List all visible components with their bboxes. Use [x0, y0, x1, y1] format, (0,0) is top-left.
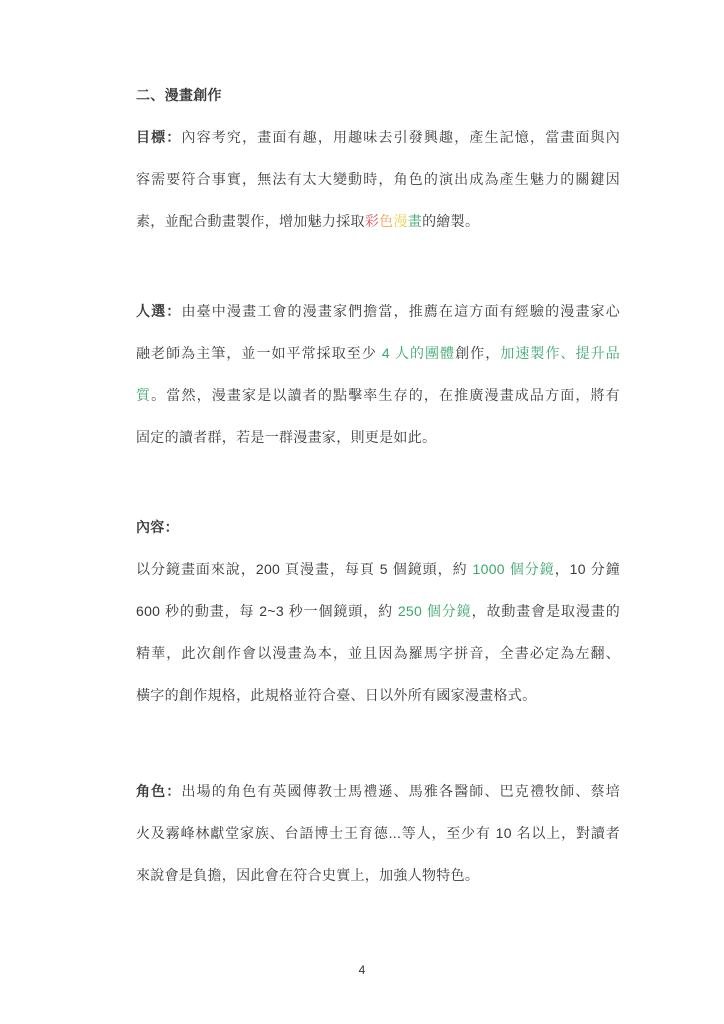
highlighted-text: 1000 個分鏡 [473, 561, 555, 577]
paragraph-goal: 目標：內容考究，畫面有趣，用趣味去引發興趣，產生記憶，當畫面與內容需要符合事實，… [136, 116, 620, 242]
body-text: 600 秒的動畫，每 2~3 秒一個鏡頭，約 [136, 603, 398, 619]
body-text: ，10 分鐘 [555, 561, 620, 577]
text-line: 二、漫畫創作 [136, 74, 620, 116]
body-text: 來說會是負擔，因此會在符合史實上，加強人物特色。 [136, 867, 479, 883]
section-label: 目標： [136, 129, 181, 145]
body-text: 出場的角色有英國傳教士馬禮遜、馬雅各醫師、巴克禮牧師、蔡培 [181, 783, 620, 799]
paragraph-characters: 角色：出場的角色有英國傳教士馬禮遜、馬雅各醫師、巴克禮牧師、蔡培火及霧峰林獻堂家… [136, 770, 620, 896]
paragraph-heading: 二、漫畫創作 [136, 74, 620, 116]
document-content: 二、漫畫創作目標：內容考究，畫面有趣，用趣味去引發興趣，產生記憶，當畫面與內容需… [136, 74, 620, 896]
body-text: 以分鏡畫面來說，200 頁漫畫，每頁 5 個鏡頭，約 [136, 561, 473, 577]
highlighted-text: 彩 [365, 213, 379, 229]
text-line: 角色：出場的角色有英國傳教士馬禮遜、馬雅各醫師、巴克禮牧師、蔡培 [136, 770, 620, 812]
text-line: 內容： [136, 506, 620, 548]
text-line: 目標：內容考究，畫面有趣，用趣味去引發興趣，產生記憶，當畫面與內 [136, 116, 620, 158]
body-text: 由臺中漫畫工會的漫畫家們擔當，推薦在這方面有經驗的漫畫家心 [181, 303, 620, 319]
highlighted-text: 色 [379, 213, 393, 229]
text-line: 質。當然，漫畫家是以讀者的點擊率生存的，在推廣漫畫成品方面，將有 [136, 374, 620, 416]
highlighted-text: 250 個分鏡 [398, 603, 472, 619]
page-number: 4 [0, 962, 724, 978]
body-text: 創作， [455, 345, 500, 361]
body-text: 的繪製。 [422, 213, 479, 229]
highlighted-text: 4 人的團體 [382, 345, 455, 361]
body-text: 火及霧峰林獻堂家族、台語博士王育德...等人，至少有 10 名以上，對讀者 [136, 825, 620, 841]
text-line: 來說會是負擔，因此會在符合史實上，加強人物特色。 [136, 854, 620, 896]
body-text: 融老師為主筆，並一如平常採取至少 [136, 345, 382, 361]
section-label: 角色： [136, 783, 181, 799]
body-text: ，故動畫會是取漫畫的 [472, 603, 620, 619]
text-line: 精華，此次創作會以漫畫為本，並且因為羅馬字拼音，全書必定為左翻、 [136, 632, 620, 674]
body-text: 精華，此次創作會以漫畫為本，並且因為羅馬字拼音，全書必定為左翻、 [136, 645, 620, 661]
text-line: 融老師為主筆，並一如平常採取至少 4 人的團體創作，加速製作、提升品 [136, 332, 620, 374]
text-line: 火及霧峰林獻堂家族、台語博士王育德...等人，至少有 10 名以上，對讀者 [136, 812, 620, 854]
text-line: 橫字的創作規格，此規格並符合臺、日以外所有國家漫畫格式。 [136, 674, 620, 716]
text-line: 以分鏡畫面來說，200 頁漫畫，每頁 5 個鏡頭，約 1000 個分鏡，10 分… [136, 548, 620, 590]
paragraph-people: 人選：由臺中漫畫工會的漫畫家們擔當，推薦在這方面有經驗的漫畫家心融老師為主筆，並… [136, 290, 620, 458]
paragraph-content-body: 以分鏡畫面來說，200 頁漫畫，每頁 5 個鏡頭，約 1000 個分鏡，10 分… [136, 548, 620, 716]
highlighted-text: 質 [136, 387, 151, 403]
body-text: 素，並配合動畫製作，增加魅力採取 [136, 213, 365, 229]
section-label: 內容： [136, 519, 179, 535]
highlighted-text: 加速製作、提升品 [500, 345, 620, 361]
body-text: 固定的讀者群，若是一群漫畫家，則更是如此。 [136, 429, 436, 445]
text-line: 600 秒的動畫，每 2~3 秒一個鏡頭，約 250 個分鏡，故動畫會是取漫畫的 [136, 590, 620, 632]
highlighted-text: 漫 [393, 213, 407, 229]
body-text: 。當然，漫畫家是以讀者的點擊率生存的，在推廣漫畫成品方面，將有 [151, 387, 620, 403]
body-text: 內容考究，畫面有趣，用趣味去引發興趣，產生記憶，當畫面與內 [181, 129, 620, 145]
text-line: 容需要符合事實，無法有太大變動時，角色的演出成為產生魅力的關鍵因 [136, 158, 620, 200]
section-label: 人選： [136, 303, 181, 319]
highlighted-text: 畫 [408, 213, 422, 229]
body-text: 容需要符合事實，無法有太大變動時，角色的演出成為產生魅力的關鍵因 [136, 171, 620, 187]
text-line: 固定的讀者群，若是一群漫畫家，則更是如此。 [136, 416, 620, 458]
paragraph-content-label: 內容： [136, 506, 620, 548]
document-page: 二、漫畫創作目標：內容考究，畫面有趣，用趣味去引發興趣，產生記憶，當畫面與內容需… [0, 0, 724, 1024]
section-label: 二、漫畫創作 [136, 87, 222, 103]
text-line: 素，並配合動畫製作，增加魅力採取彩色漫畫的繪製。 [136, 200, 620, 242]
text-line: 人選：由臺中漫畫工會的漫畫家們擔當，推薦在這方面有經驗的漫畫家心 [136, 290, 620, 332]
body-text: 橫字的創作規格，此規格並符合臺、日以外所有國家漫畫格式。 [136, 687, 536, 703]
